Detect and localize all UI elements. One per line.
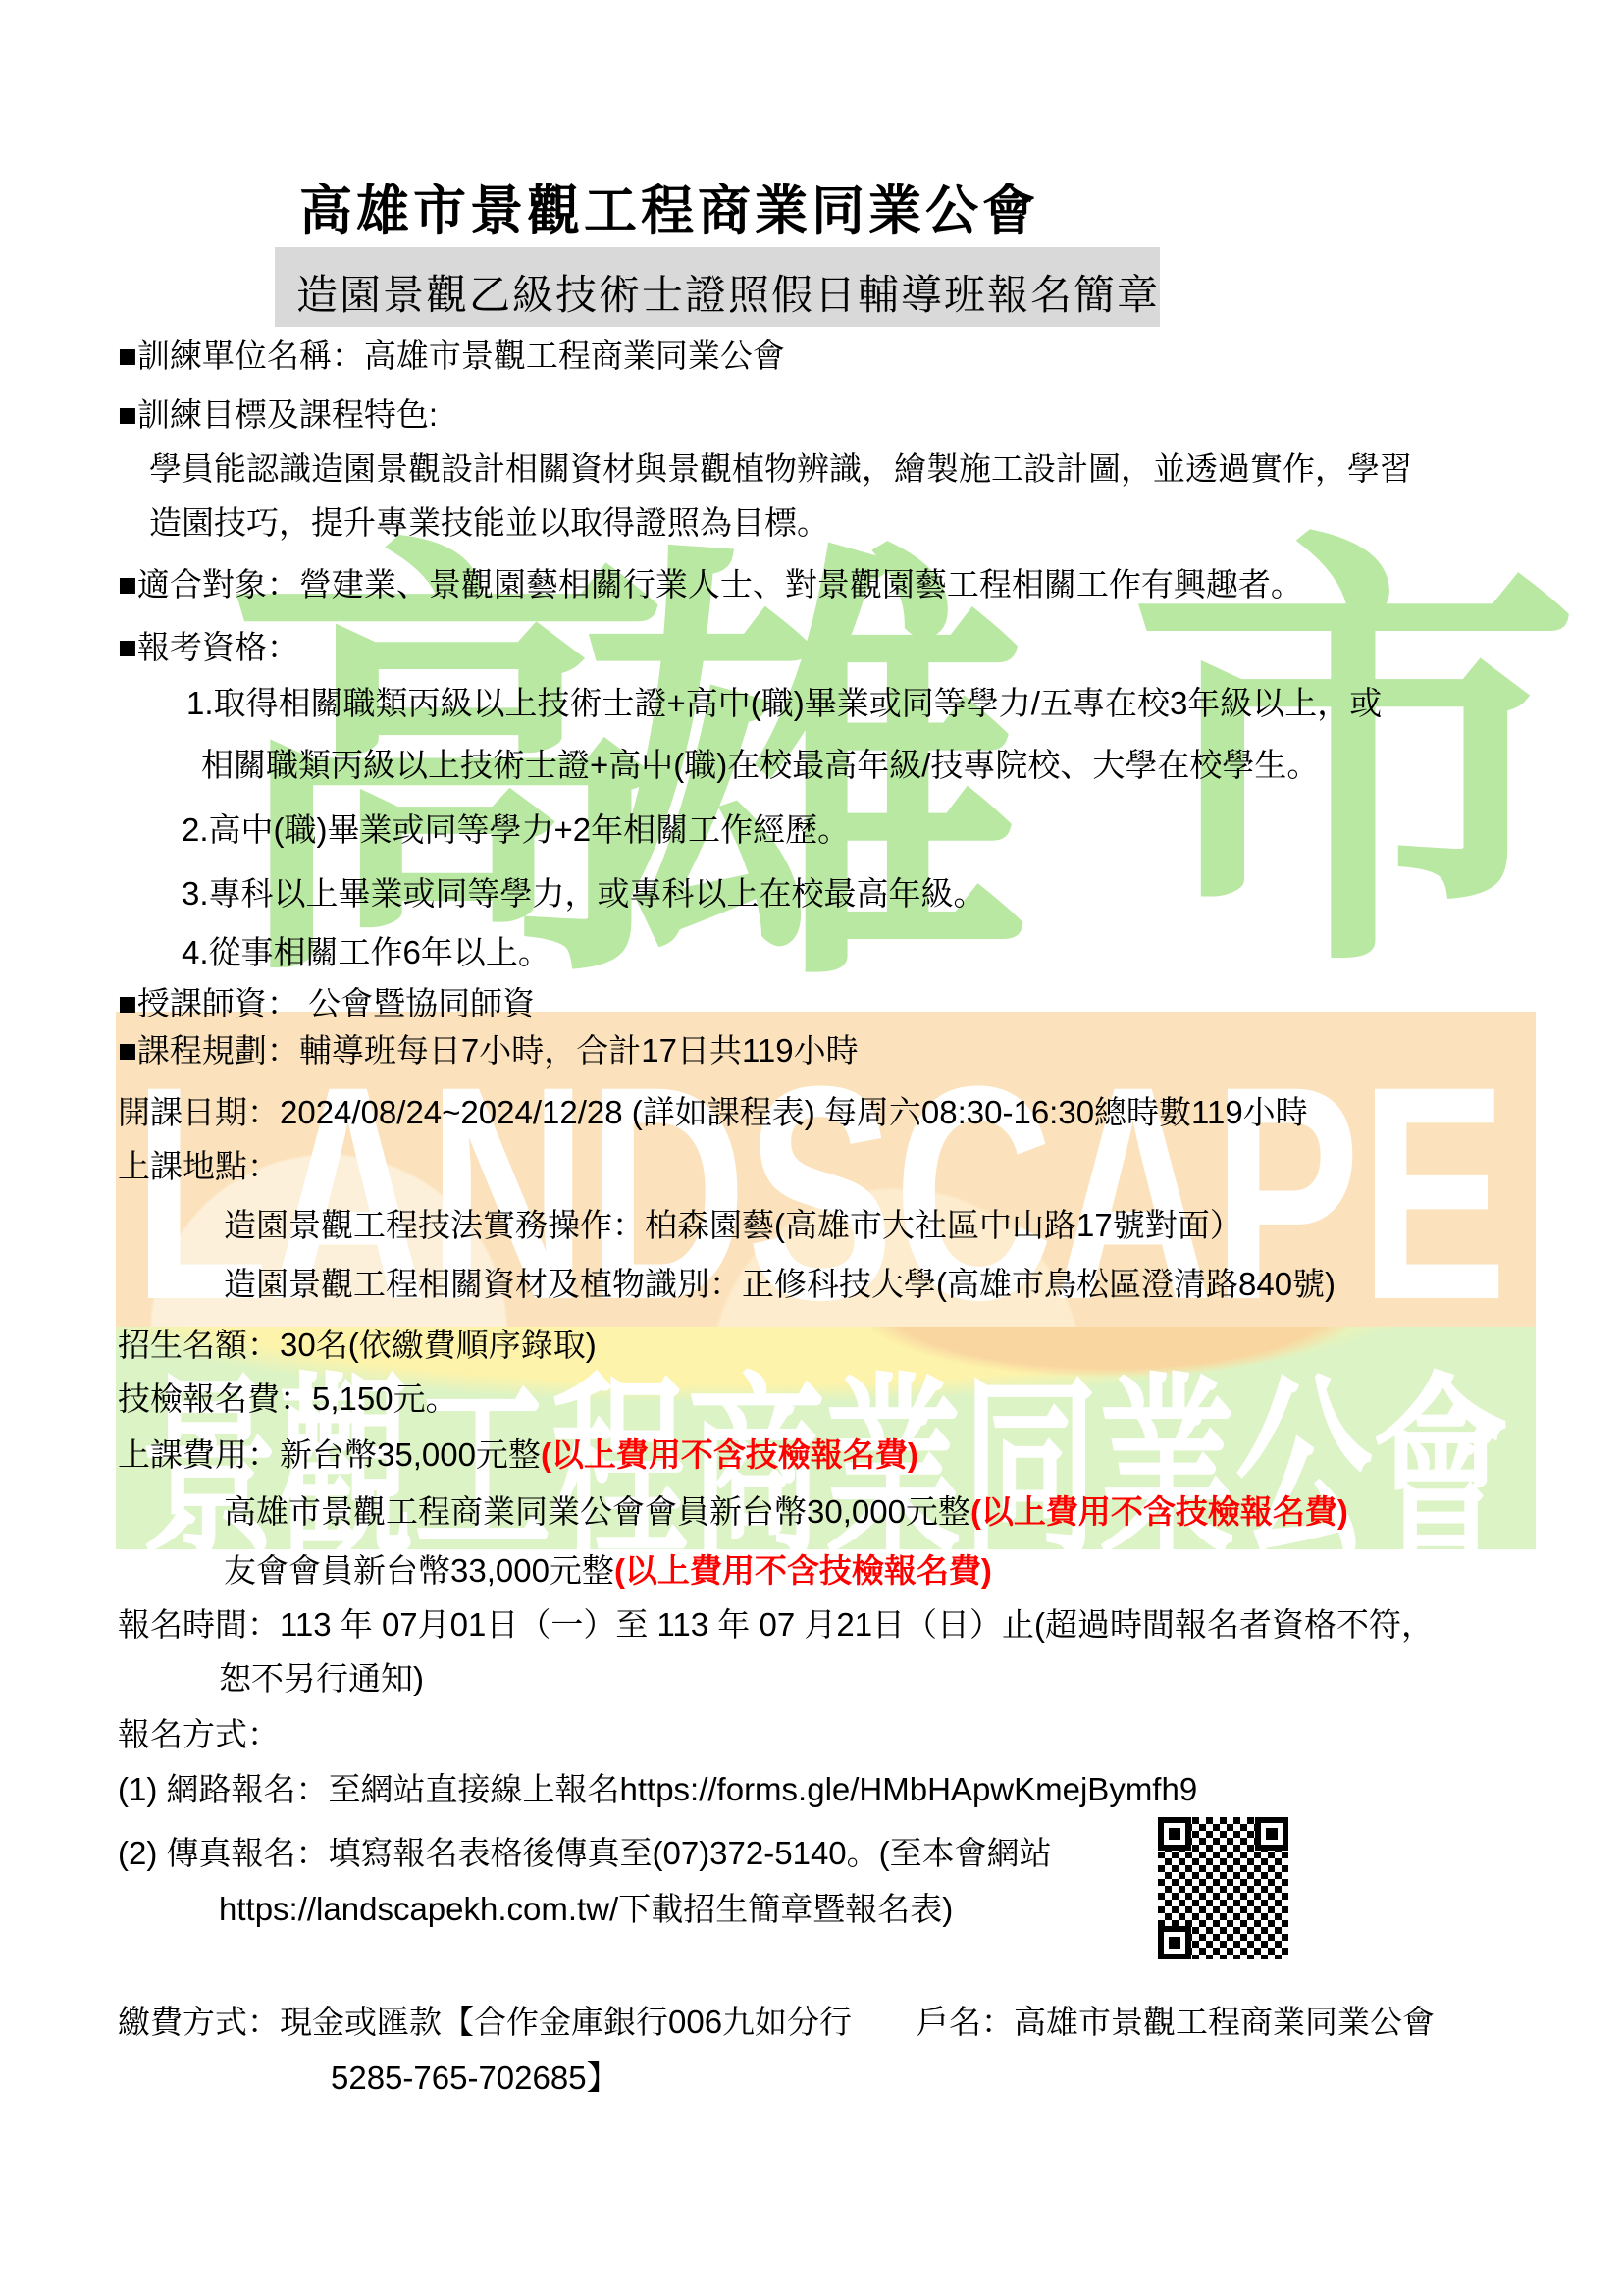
qr-finder-top-right bbox=[1255, 1817, 1288, 1851]
line-training-goal: ■訓練目標及課程特色: bbox=[118, 395, 438, 435]
line-payment: 繳費方式：現金或匯款【合作金庫銀行006九如分行 戶名：高雄市景觀工程商業同業公… bbox=[118, 2003, 1435, 2042]
line-class-location: 上課地點： bbox=[118, 1147, 280, 1186]
line-exam-fee: 技檢報名費：5,150元。 bbox=[118, 1380, 458, 1419]
line-target-audience: ■適合對象：營建業、景觀園藝相關行業人士、對景觀園藝工程相關工作有興趣者。 bbox=[118, 565, 1303, 604]
line-method-fax-1: (2) 傳真報名：填寫報名表格後傳真至(07)372-5140。(至本會網站 bbox=[118, 1834, 1052, 1873]
affiliate-fee-note: (以上費用不含技檢報名費) bbox=[614, 1552, 992, 1589]
line-tuition-member: 高雄市景觀工程商業同業公會會員新台幣30,000元整(以上費用不含技檢報名費) bbox=[224, 1492, 1348, 1532]
flyer-page: 高 雄 市 LANDSCAPE 景觀工程商業同業公會 高雄市景觀工程商業同業公會… bbox=[0, 0, 1624, 2295]
line-location-1: 造園景觀工程技法實務操作：柏森園藝(高雄市大社區中山路17號對面） bbox=[224, 1206, 1242, 1245]
line-course-plan: ■課程規劃：輔導班每日7小時，合計17日共119小時 bbox=[118, 1031, 859, 1070]
line-quota: 招生名額：30名(依繳費順序錄取) bbox=[118, 1326, 597, 1365]
line-training-unit: ■訓練單位名稱：高雄市景觀工程商業同業公會 bbox=[118, 337, 785, 376]
line-qualification-4: 4.從事相關工作6年以上。 bbox=[182, 933, 550, 972]
qr-finder-top-left bbox=[1158, 1817, 1191, 1851]
affiliate-tuition-text: 友會會員新台幣33,000元整 bbox=[224, 1552, 614, 1589]
line-goal-desc-1: 學員能認識造園景觀設計相關資材與景觀植物辨識，繪製施工設計圖，並透過實作，學習 bbox=[149, 449, 1412, 489]
line-method-online: (1) 網路報名：至網站直接線上報名https://forms.gle/HMbH… bbox=[118, 1770, 1197, 1809]
line-registration-period-2: 恕不另行通知) bbox=[219, 1659, 424, 1698]
subtitle-highlight-box: 造園景觀乙級技術士證照假日輔導班報名簡章 bbox=[275, 247, 1160, 327]
line-qualification-1b: 相關職類丙級以上技術士證+高中(職)在校最高年級/技專院校、大學在校學生。 bbox=[201, 746, 1319, 785]
line-qualification-2: 2.高中(職)畢業或同等學力+2年相關工作經歷。 bbox=[182, 810, 850, 850]
page-title: 高雄市景觀工程商業同業公會 bbox=[299, 169, 1039, 244]
member-tuition-text: 高雄市景觀工程商業同業公會會員新台幣30,000元整 bbox=[224, 1493, 970, 1530]
line-payment-account: 5285-765-702685】 bbox=[331, 2059, 619, 2098]
line-registration-period-1: 報名時間：113 年 07月01日（一）至 113 年 07 月21日（日）止(… bbox=[118, 1605, 1434, 1644]
tuition-base-text: 上課費用：新台幣35,000元整 bbox=[118, 1436, 541, 1473]
line-tuition: 上課費用：新台幣35,000元整(以上費用不含技檢報名費) bbox=[118, 1435, 918, 1475]
qr-finder-bottom-left bbox=[1158, 1926, 1191, 1959]
line-tuition-affiliate: 友會會員新台幣33,000元整(以上費用不含技檢報名費) bbox=[224, 1551, 992, 1591]
line-method-fax-2: https://landscapekh.com.tw/下載招生簡章暨報名表) bbox=[219, 1890, 953, 1929]
course-subtitle: 造園景觀乙級技術士證照假日輔導班報名簡章 bbox=[296, 263, 1160, 322]
line-goal-desc-2: 造園技巧，提升專業技能並以取得證照為目標。 bbox=[149, 503, 829, 543]
line-registration-method: 報名方式： bbox=[118, 1715, 280, 1754]
line-exam-qualification: ■報考資格： bbox=[118, 628, 299, 667]
qr-code bbox=[1158, 1817, 1288, 1959]
line-qualification-1a: 1.取得相關職類丙級以上技術士證+高中(職)畢業或同等學力/五專在校3年級以上，… bbox=[186, 684, 1382, 723]
tuition-fee-note: (以上費用不含技檢報名費) bbox=[541, 1436, 918, 1473]
line-location-2: 造園景觀工程相關資材及植物識別：正修科技大學(高雄市鳥松區澄清路840號) bbox=[224, 1265, 1336, 1304]
member-fee-note: (以上費用不含技檢報名費) bbox=[970, 1493, 1348, 1530]
line-instructors: ■授課師資： 公會暨協同師資 bbox=[118, 984, 535, 1023]
line-course-dates: 開課日期：2024/08/24~2024/12/28 (詳如課程表) 每周六08… bbox=[118, 1093, 1308, 1132]
line-qualification-3: 3.專科以上畢業或同等學力，或專科以上在校最高年級。 bbox=[182, 874, 986, 913]
